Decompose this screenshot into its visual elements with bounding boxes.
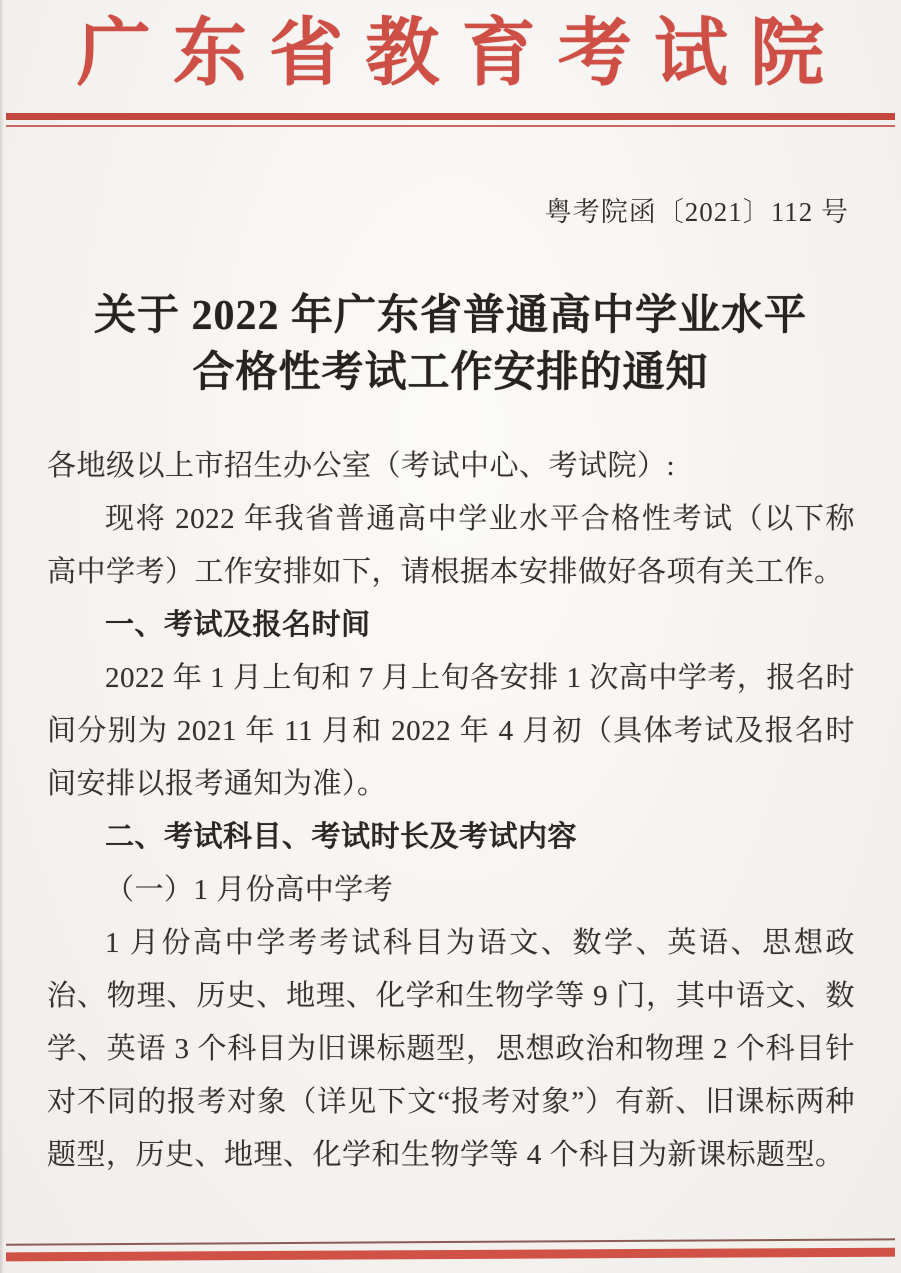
letterhead-rule-thick	[6, 113, 895, 120]
sub-heading: （一）1 月份高中学考	[47, 864, 855, 917]
document-title: 关于 2022 年广东省普通高中学业水平 合格性考试工作安排的通知	[0, 288, 901, 402]
footer-rule-thick	[6, 1248, 895, 1262]
salutation: 各地级以上市招生办公室（考试中心、考试院）:	[47, 440, 855, 493]
document-title-line1: 关于 2022 年广东省普通高中学业水平	[0, 288, 901, 345]
document-page: 广东省教育考试院 粤考院函〔2021〕112 号 关于 2022 年广东省普通高…	[0, 0, 901, 1273]
body-paragraph: 现将 2022 年我省普通高中学业水平合格性考试（以下称高中学考）工作安排如下，…	[47, 493, 855, 599]
footer-rule-thin	[6, 1238, 895, 1245]
body-paragraph: 2022 年 1 月上旬和 7 月上旬各安排 1 次高中学考，报名时间分别为 2…	[47, 652, 855, 811]
letterhead-title: 广东省教育考试院	[0, 4, 901, 104]
document-body: 各地级以上市招生办公室（考试中心、考试院）: 现将 2022 年我省普通高中学业…	[47, 440, 855, 1182]
body-paragraph: 1 月份高中学考考试科目为语文、数学、英语、思想政治、物理、历史、地理、化学和生…	[47, 917, 855, 1182]
reference-number: 粤考院函〔2021〕112 号	[545, 194, 849, 230]
document-title-line2: 合格性考试工作安排的通知	[0, 345, 901, 402]
section-heading: 二、考试科目、考试时长及考试内容	[47, 811, 855, 864]
section-heading: 一、考试及报名时间	[47, 599, 855, 652]
letterhead-rule-thin	[6, 125, 895, 127]
